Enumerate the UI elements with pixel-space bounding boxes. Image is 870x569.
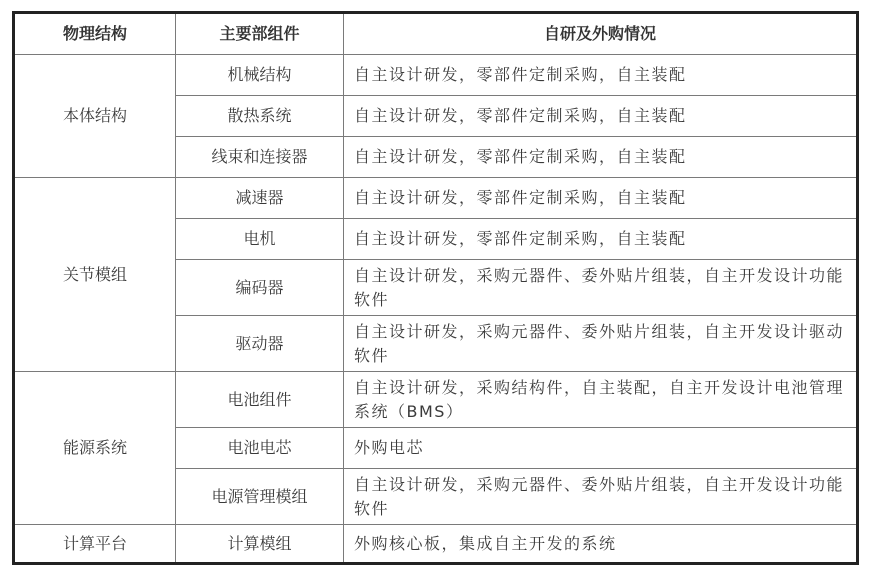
status-cell: 自主设计研发，零部件定制采购，自主装配: [344, 178, 858, 219]
component-cell: 电源管理模组: [176, 469, 344, 525]
component-cell: 电池电芯: [176, 428, 344, 469]
structure-cell: 计算平台: [14, 525, 176, 564]
component-cell: 驱动器: [176, 316, 344, 372]
status-cell: 自主设计研发，零部件定制采购，自主装配: [344, 219, 858, 260]
component-cell: 线束和连接器: [176, 137, 344, 178]
component-cell: 编码器: [176, 260, 344, 316]
component-cell: 减速器: [176, 178, 344, 219]
component-cell: 散热系统: [176, 96, 344, 137]
component-cell: 电池组件: [176, 372, 344, 428]
structure-cell: 本体结构: [14, 55, 176, 178]
status-cell: 外购电芯: [344, 428, 858, 469]
status-cell: 自主设计研发，零部件定制采购，自主装配: [344, 96, 858, 137]
status-cell: 自主设计研发，零部件定制采购，自主装配: [344, 137, 858, 178]
table-row: 能源系统 电池组件 自主设计研发，采购结构件，自主装配，自主开发设计电池管理系统…: [14, 372, 858, 428]
sourcing-table: 物理结构 主要部组件 自研及外购情况 本体结构 机械结构 自主设计研发，零部件定…: [12, 11, 859, 565]
structure-cell: 关节模组: [14, 178, 176, 372]
header-main-component: 主要部组件: [176, 13, 344, 55]
component-cell: 电机: [176, 219, 344, 260]
status-cell: 自主设计研发，采购元器件、委外贴片组装，自主开发设计功能软件: [344, 260, 858, 316]
table-row: 关节模组 减速器 自主设计研发，零部件定制采购，自主装配: [14, 178, 858, 219]
table-row: 本体结构 机械结构 自主设计研发，零部件定制采购，自主装配: [14, 55, 858, 96]
header-physical-structure: 物理结构: [14, 13, 176, 55]
header-row: 物理结构 主要部组件 自研及外购情况: [14, 13, 858, 55]
status-cell: 自主设计研发，采购结构件，自主装配，自主开发设计电池管理系统（BMS）: [344, 372, 858, 428]
component-cell: 机械结构: [176, 55, 344, 96]
status-cell: 外购核心板，集成自主开发的系统: [344, 525, 858, 564]
table-row: 计算平台 计算模组 外购核心板，集成自主开发的系统: [14, 525, 858, 564]
status-cell: 自主设计研发，零部件定制采购，自主装配: [344, 55, 858, 96]
status-cell: 自主设计研发，采购元器件、委外贴片组装，自主开发设计功能软件: [344, 469, 858, 525]
header-sourcing-status: 自研及外购情况: [344, 13, 858, 55]
status-cell: 自主设计研发，采购元器件、委外贴片组装，自主开发设计驱动软件: [344, 316, 858, 372]
structure-cell: 能源系统: [14, 372, 176, 525]
component-cell: 计算模组: [176, 525, 344, 564]
